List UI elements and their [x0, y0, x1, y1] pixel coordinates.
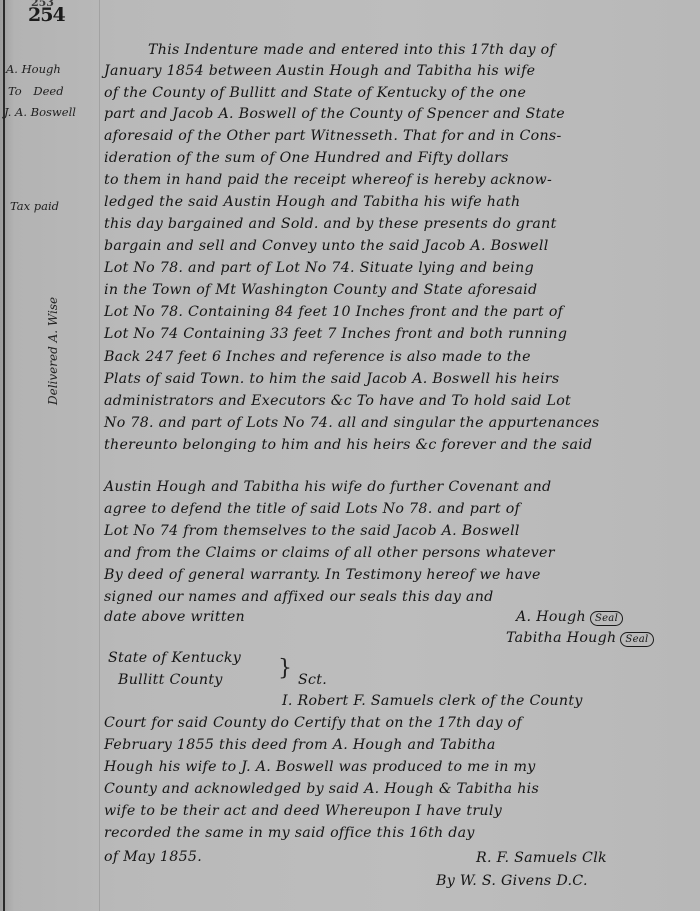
deed-line: agree to defend the title of said Lots N…	[104, 501, 520, 517]
certificate-line: of May 1855.	[104, 849, 202, 865]
seal-icon: Seal	[620, 632, 653, 647]
margin-deed-label: Deed	[33, 84, 63, 98]
certificate-line: February 1855 this deed from A. Hough an…	[104, 737, 496, 753]
deed-line: Plats of said Town. to him the said Jaco…	[104, 371, 559, 387]
deputy-signature: By W. S. Givens D.C.	[436, 873, 588, 889]
certificate-state: State of Kentucky	[108, 650, 241, 666]
signature-grantor-2: Tabitha HoughSeal	[506, 630, 654, 647]
margin-index-to: To Deed	[8, 84, 64, 98]
certificate-county: Bullitt County	[118, 672, 223, 688]
deed-line: ideration of the sum of One Hundred and …	[104, 150, 509, 166]
certificate-line: Hough his wife to J. A. Boswell was prod…	[104, 759, 536, 775]
deed-line: Lot No 74 from themselves to the said Ja…	[104, 523, 520, 539]
deed-line: Lot No 78. and part of Lot No 74. Situat…	[104, 260, 534, 276]
seal-icon: Seal	[590, 611, 623, 626]
deed-line: Back 247 feet 6 Inches and reference is …	[104, 349, 531, 365]
deed-line: in the Town of Mt Washington County and …	[104, 282, 537, 298]
deed-line: January 1854 between Austin Hough and Ta…	[104, 63, 535, 79]
deed-line: By deed of general warranty. In Testimon…	[104, 567, 541, 583]
margin-rule	[99, 0, 100, 911]
signature-name: A. Hough	[516, 609, 586, 625]
margin-index-name: A. Hough	[6, 62, 61, 76]
certificate-line: County and acknowledged by said A. Hough…	[104, 781, 539, 797]
deed-line: Austin Hough and Tabitha his wife do fur…	[104, 479, 551, 495]
deed-line: aforesaid of the Other part Witnesseth. …	[104, 128, 562, 144]
deed-line: ledged the said Austin Hough and Tabitha…	[104, 194, 520, 210]
deed-line: and from the Claims or claims of all oth…	[104, 545, 555, 561]
deed-line: signed our names and affixed our seals t…	[104, 589, 494, 605]
deed-line: part and Jacob A. Boswell of the County …	[104, 106, 565, 122]
certificate-line: recorded the same in my said office this…	[104, 825, 475, 841]
clerk-signature: R. F. Samuels Clk	[476, 850, 607, 866]
margin-tax-paid: Tax paid	[10, 199, 59, 213]
certificate-sct: Sct.	[298, 672, 327, 688]
deed-line: of the County of Bullitt and State of Ke…	[104, 85, 526, 101]
deed-line: No 78. and part of Lots No 74. all and s…	[104, 415, 600, 431]
certificate-line: I. Robert F. Samuels clerk of the County	[282, 693, 583, 709]
deed-line: this day bargained and Sold. and by thes…	[104, 216, 557, 232]
deed-line: Lot No 78. Containing 84 feet 10 Inches …	[104, 304, 563, 320]
ledger-binding-rule	[3, 0, 5, 911]
deed-line: thereunto belonging to him and his heirs…	[104, 437, 592, 453]
deed-line: bargain and sell and Convey unto the sai…	[104, 238, 549, 254]
deed-line: date above written	[104, 609, 245, 625]
margin-index-grantee: J. A. Boswell	[4, 105, 76, 119]
deed-line: administrators and Executors &c To have …	[104, 393, 571, 409]
margin-delivered-note: Delivered A. Wise	[46, 297, 60, 405]
certificate-line: wife to be their act and deed Whereupon …	[104, 803, 502, 819]
deed-line: Lot No 74 Containing 33 feet 7 Inches fr…	[104, 326, 567, 342]
signature-name: Tabitha Hough	[506, 630, 616, 646]
signature-grantor-1: A. HoughSeal	[516, 609, 623, 626]
deed-line: to them in hand paid the receipt whereof…	[104, 172, 552, 188]
certificate-line: Court for said County do Certify that on…	[104, 715, 522, 731]
ledger-page: 253 254 A. Hough To Deed J. A. Boswell T…	[0, 0, 700, 911]
page-number: 254	[28, 4, 65, 26]
margin-to-label: To	[8, 84, 22, 98]
deed-line: This Indenture made and entered into thi…	[148, 42, 555, 58]
brace-icon: }	[278, 656, 292, 681]
